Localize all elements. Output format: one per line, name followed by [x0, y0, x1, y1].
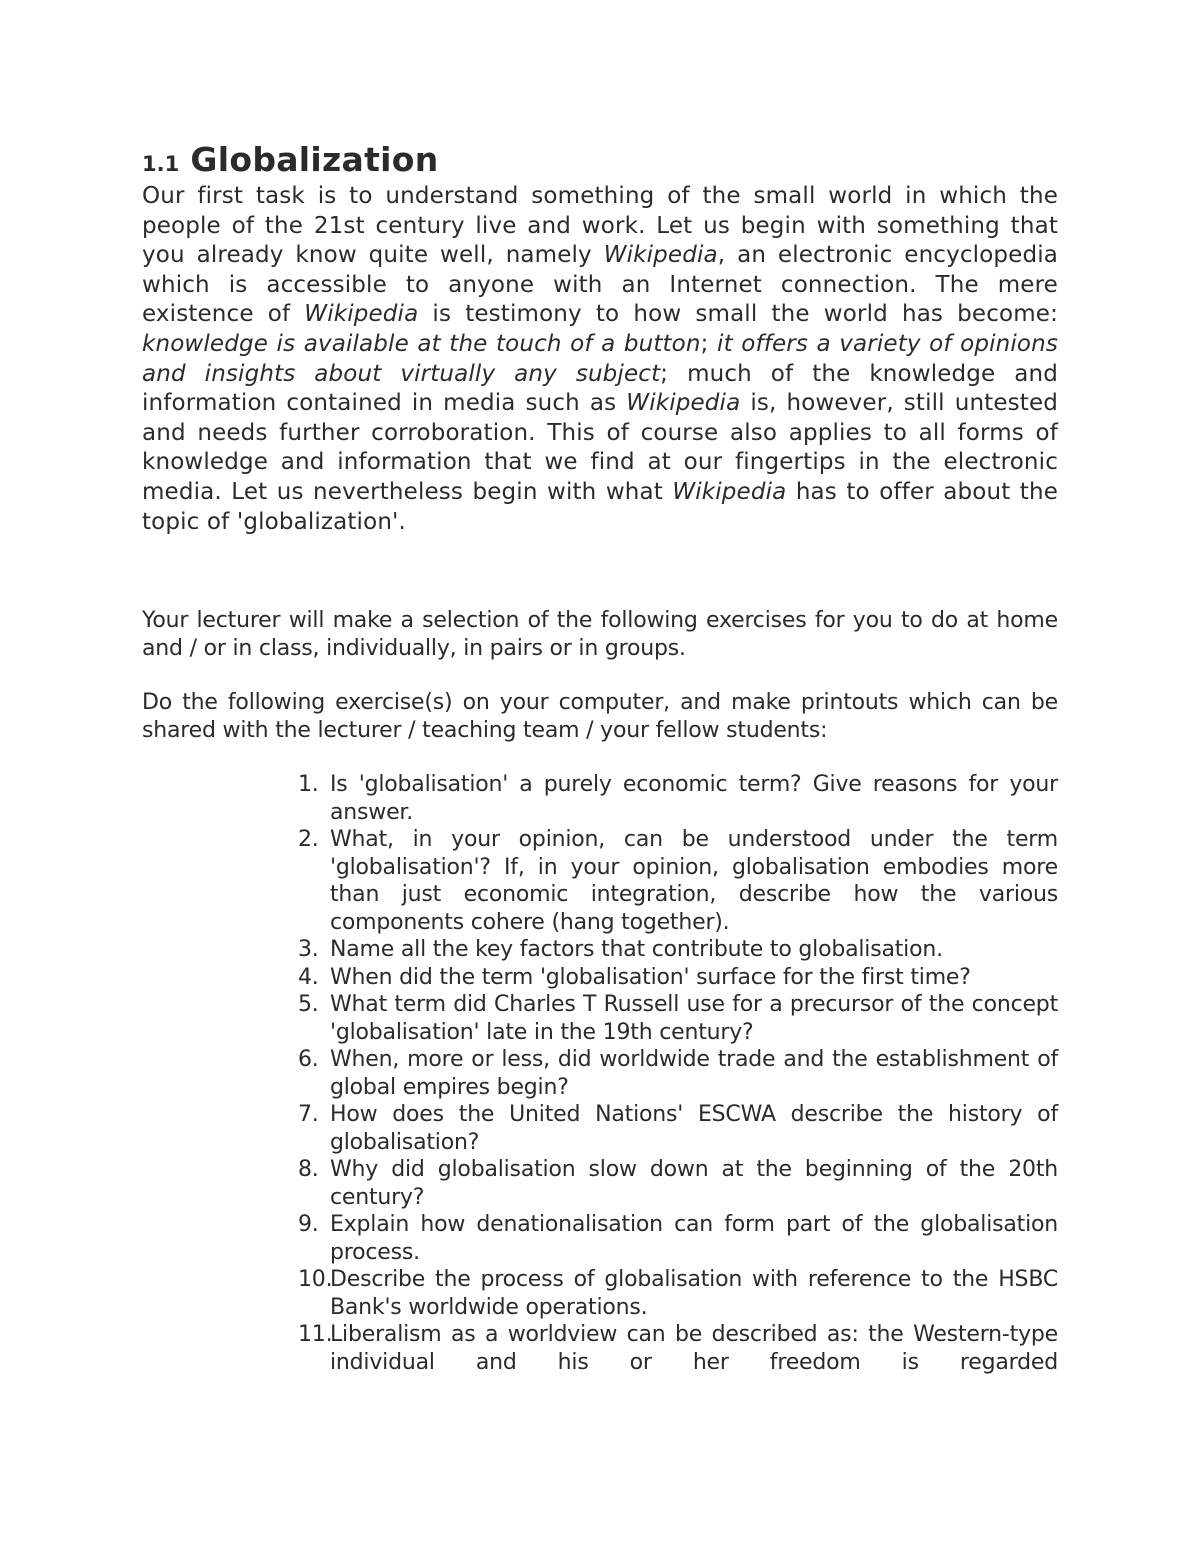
exercise-item: 6.When, more or less, did worldwide trad…	[330, 1046, 1058, 1101]
exercise-text: What term did Charles T Russell use for …	[330, 992, 1058, 1045]
exercise-text: Name all the key factors that contribute…	[330, 937, 943, 962]
exercise-item: 3.Name all the key factors that contribu…	[330, 936, 1058, 964]
exercise-item: 5.What term did Charles T Russell use fo…	[330, 991, 1058, 1046]
section-heading: 1.1 Globalization	[142, 138, 1058, 182]
exercise-item: 2.What, in your opinion, can be understo…	[330, 826, 1058, 936]
exercise-number: 5.	[298, 991, 328, 1019]
exercise-item: 11.Liberalism as a worldview can be desc…	[330, 1321, 1058, 1376]
intro-text: is testimony to how small the world has …	[418, 301, 1058, 327]
exercise-number: 10.	[298, 1266, 328, 1294]
exercise-text: Describe the process of globalisation wi…	[330, 1267, 1058, 1320]
exercise-text: What, in your opinion, can be understood…	[330, 827, 1058, 935]
exercise-number: 6.	[298, 1046, 328, 1074]
exercise-number: 9.	[298, 1211, 328, 1239]
section-number: 1.1	[142, 152, 179, 176]
exercise-text: When, more or less, did worldwide trade …	[330, 1047, 1058, 1100]
exercise-number: 1.	[298, 771, 328, 799]
intro-italic-wikipedia: Wikipedia	[672, 479, 786, 505]
intro-italic-wikipedia: Wikipedia	[604, 242, 718, 268]
exercise-list: 1.Is 'globalisation' a purely economic t…	[142, 771, 1058, 1376]
exercise-text: Is 'globalisation' a purely economic ter…	[330, 772, 1058, 825]
exercise-item: 4.When did the term 'globalisation' surf…	[330, 964, 1058, 992]
instructions: Do the following exercise(s) on your com…	[142, 689, 1058, 744]
exercise-number: 4.	[298, 964, 328, 992]
exercise-text: Why did globalisation slow down at the b…	[330, 1157, 1058, 1210]
exercise-item: 8.Why did globalisation slow down at the…	[330, 1156, 1058, 1211]
intro-paragraph: Our first task is to understand somethin…	[142, 182, 1058, 537]
exercise-number: 8.	[298, 1156, 328, 1184]
intro-italic-wikipedia: Wikipedia	[626, 390, 740, 416]
exercise-text: How does the United Nations' ESCWA descr…	[330, 1102, 1058, 1155]
intro-italic-phrase: knowledge is available at the touch of a…	[142, 331, 701, 357]
exercise-number: 2.	[298, 826, 328, 854]
intro-italic-wikipedia: Wikipedia	[304, 301, 418, 327]
exercise-number: 11.	[298, 1321, 328, 1349]
exercise-number: 7.	[298, 1101, 328, 1129]
exercise-number: 3.	[298, 936, 328, 964]
exercise-item: 7.How does the United Nations' ESCWA des…	[330, 1101, 1058, 1156]
intro-text: ;	[701, 331, 717, 357]
lecturer-note: Your lecturer will make a selection of t…	[142, 607, 1058, 662]
exercise-item: 9.Explain how denationalisation can form…	[330, 1211, 1058, 1266]
exercise-text: Liberalism as a worldview can be describ…	[330, 1322, 1058, 1375]
exercise-item: 10.Describe the process of globalisation…	[330, 1266, 1058, 1321]
exercise-text: Explain how denationalisation can form p…	[330, 1212, 1058, 1265]
section-title: Globalization	[190, 140, 438, 179]
exercise-text: When did the term 'globalisation' surfac…	[330, 965, 971, 990]
exercise-item: 1.Is 'globalisation' a purely economic t…	[330, 771, 1058, 826]
document-page: 1.1 Globalization Our first task is to u…	[142, 138, 1058, 1376]
